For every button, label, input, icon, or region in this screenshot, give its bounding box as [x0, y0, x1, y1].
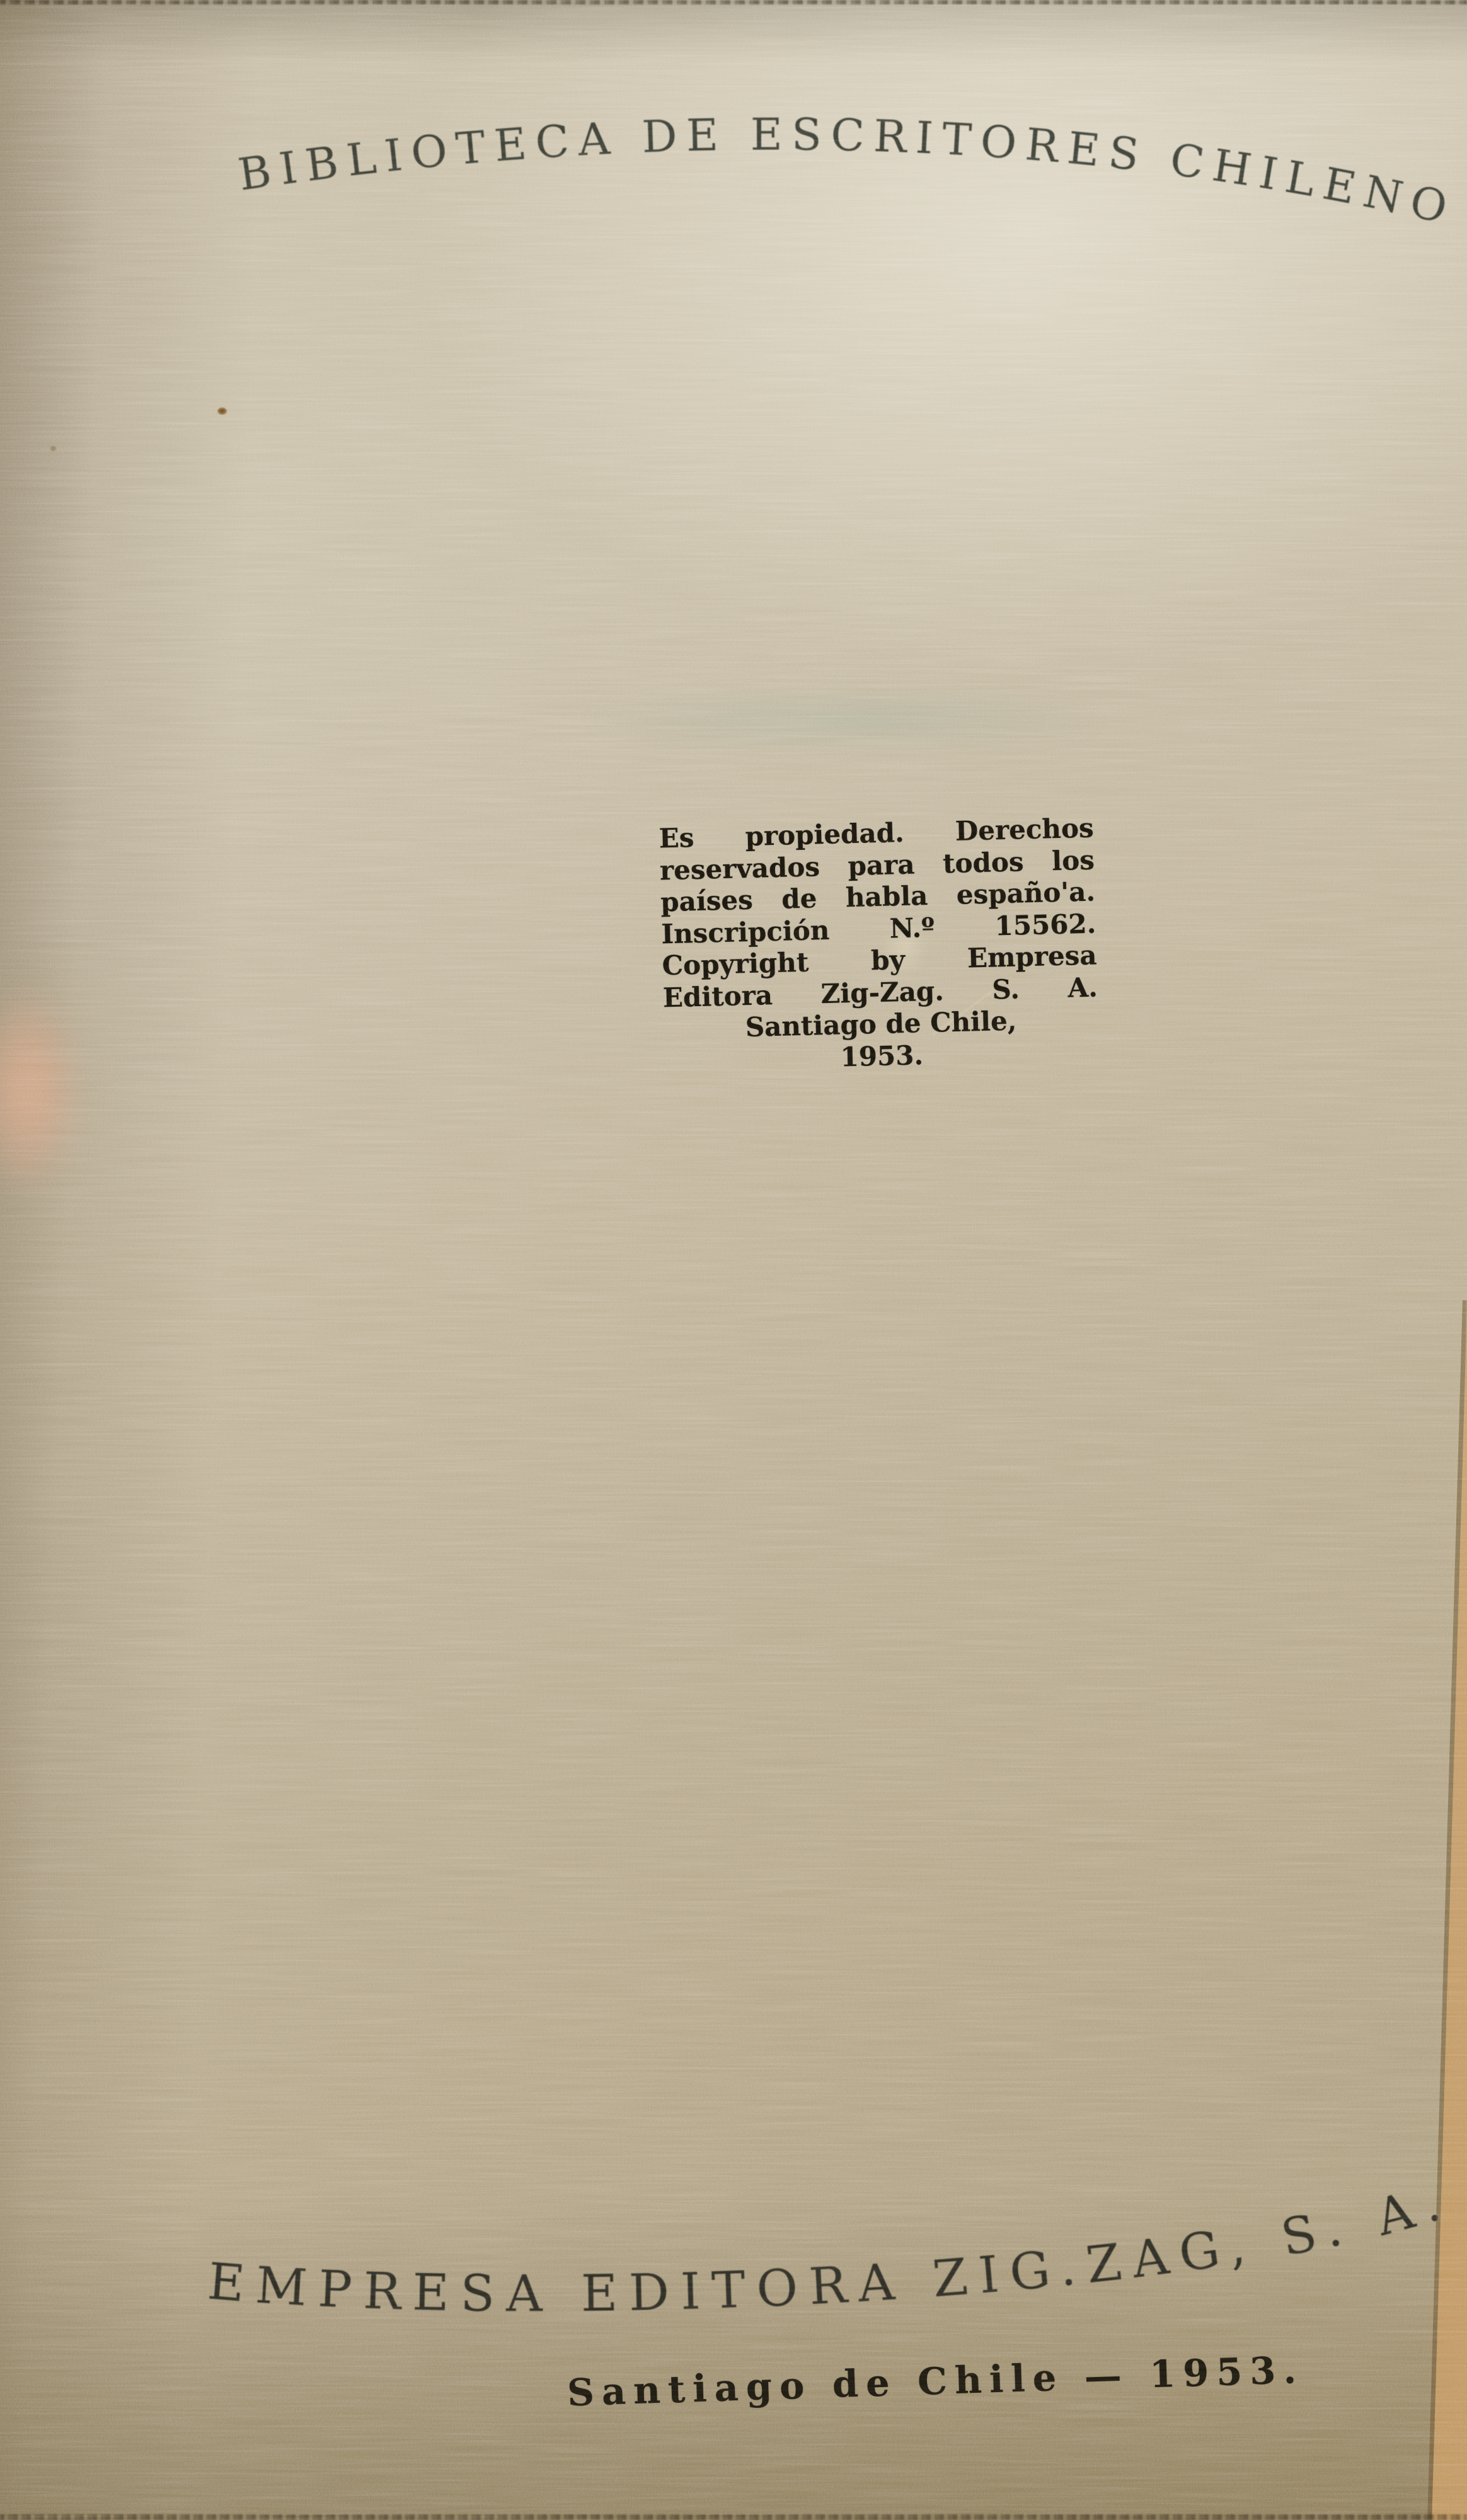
photo-bottom-edge	[0, 2514, 1467, 2520]
publisher-line-text: EMPRESA EDITORA ZIG.ZAG, S. A.	[205, 2170, 1458, 2323]
series-title-text: BIBLIOTECA DE ESCRITORES CHILENOS	[0, 0, 1461, 236]
book-page-photo: BIBLIOTECA DE ESCRITORES CHILENOS EMPRES…	[0, 0, 1467, 2520]
copyright-block: Es propiedad. Derechos reservados para t…	[659, 813, 1100, 1078]
arched-text-layer: BIBLIOTECA DE ESCRITORES CHILENOS EMPRES…	[0, 0, 1467, 2520]
photo-top-edge	[0, 0, 1467, 4]
